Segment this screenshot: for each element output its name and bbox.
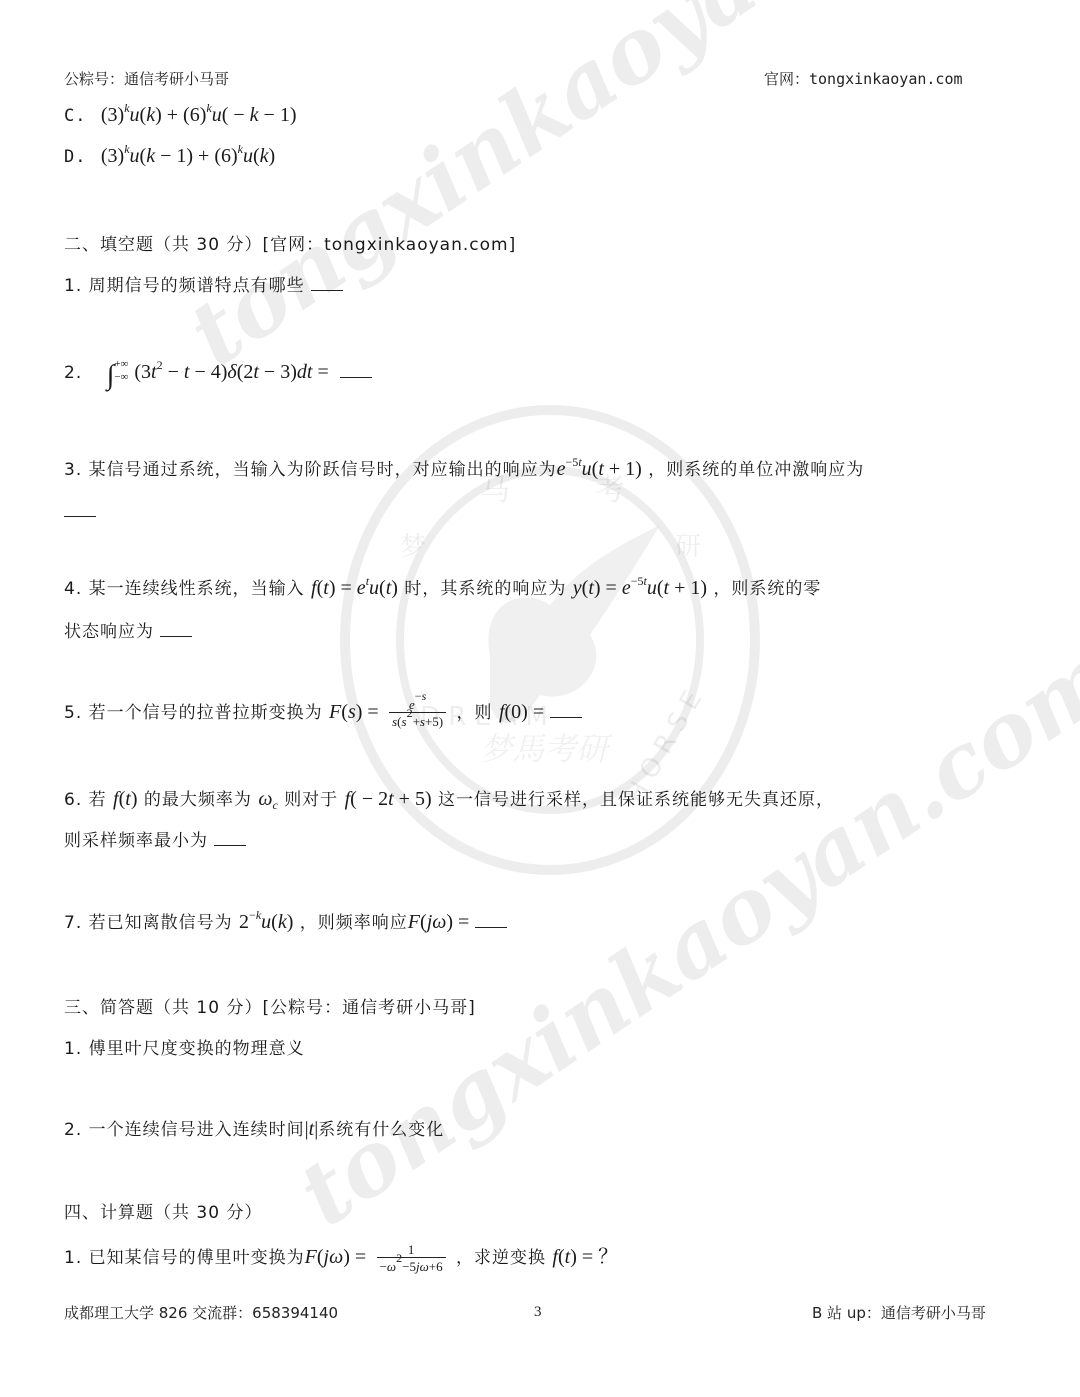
choice-label: D. [64, 147, 86, 167]
choice-d: D. (3)ku(k − 1) + (6)ku(k) [64, 145, 275, 168]
question-2-1: 1. 周期信号的频谱特点有哪些 [64, 271, 343, 296]
section-title-calculation: 四、计算题（共 30 分） [64, 1198, 262, 1223]
page-number: 3 [534, 1304, 542, 1321]
answer-blank [64, 500, 96, 517]
svg-text:梦馬考研: 梦馬考研 [480, 730, 613, 768]
answer-blank [160, 620, 192, 637]
choice-expression: (3)ku(k − 1) + (6)ku(k) [101, 145, 275, 167]
question-2-3-blank [64, 500, 96, 522]
svg-text:研: 研 [675, 532, 701, 562]
footer-left: 成都理工大学 826 交流群：658394140 [64, 1302, 338, 1323]
answer-blank [311, 274, 343, 291]
answer-blank [214, 829, 246, 846]
watermark-diagonal-top: tongxinkaoyan.com [170, 0, 1024, 386]
question-2-2: 2. ∫+∞−∞(3t2 − t − 4)δ(2t − 3)dt = [64, 360, 372, 392]
section-title-short-answer: 三、简答题（共 10 分）[公粽号：通信考研小马哥] [64, 993, 476, 1018]
question-4-1: 1. 已知某信号的傅里叶变换为F(jω) = 1−ω2−5jω+6 ，求逆变换 … [64, 1240, 618, 1275]
choice-c: C. (3)ku(k) + (6)ku( − k − 1) [64, 104, 297, 127]
question-2-5: 5. 若一个信号的拉普拉斯变换为 F(s) = e−ss(s2+s+5) ，则 … [64, 696, 582, 730]
question-2-6: 6. 若 f(t) 的最大频率为 ωc 则对于 f( − 2t + 5) 这一信… [64, 785, 834, 811]
answer-blank [340, 361, 372, 378]
svg-text:梦: 梦 [400, 532, 426, 562]
answer-blank [475, 911, 507, 928]
question-2-3: 3. 某信号通过系统，当输入为阶跃信号时，对应输出的响应为e−5tu(t + 1… [64, 455, 864, 481]
question-2-4: 4. 某一连续线性系统，当输入 f(t) = etu(t) 时，其系统的响应为 … [64, 574, 821, 600]
header-left: 公粽号：通信考研小马哥 [64, 68, 229, 89]
question-2-4-cont: 状态响应为 [64, 617, 192, 642]
header-right: 官网：tongxinkaoyan.com [764, 68, 963, 89]
question-2-7: 7. 若已知离散信号为 2−ku(k) ，则频率响应F(jω) = [64, 908, 507, 934]
section-title-fill-blank: 二、填空题（共 30 分）[官网：tongxinkaoyan.com] [64, 230, 516, 255]
choice-label: C. [64, 106, 86, 126]
footer-right: B 站 up：通信考研小马哥 [812, 1302, 986, 1323]
question-2-6-cont: 则采样频率最小为 [64, 826, 246, 851]
choice-expression: (3)ku(k) + (6)ku( − k − 1) [101, 104, 297, 126]
answer-blank [550, 701, 582, 718]
question-3-1: 1. 傅里叶尺度变换的物理意义 [64, 1034, 305, 1059]
question-3-2: 2. 一个连续信号进入连续时间|t|系统有什么变化 [64, 1115, 444, 1141]
